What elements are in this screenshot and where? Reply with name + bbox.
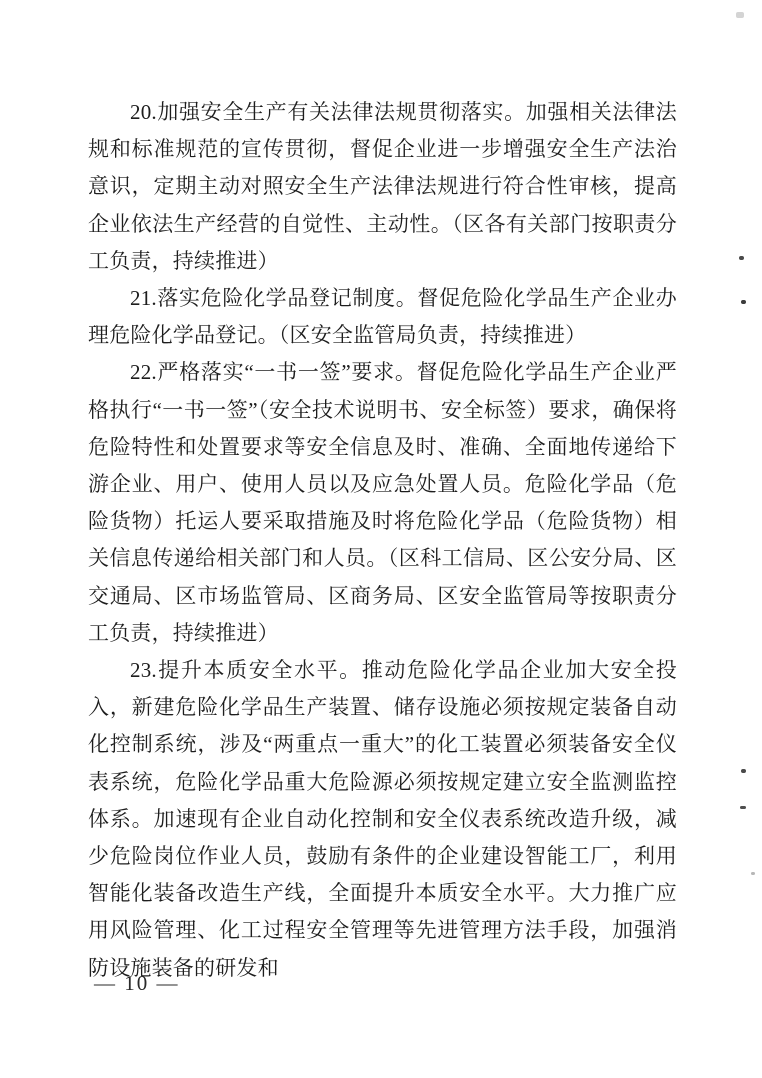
scan-artifact (751, 872, 755, 875)
paragraph-21: 21.落实危险化学品登记制度。督促危险化学品生产企业办理危险化学品登记。（区安全… (88, 280, 677, 354)
paragraph-20: 20.加强安全生产有关法律法规贯彻落实。加强相关法律法规和标准规范的宣传贯彻，督… (88, 94, 677, 280)
scan-artifact (739, 256, 744, 260)
scan-artifact (740, 806, 746, 809)
scan-artifact (741, 300, 746, 304)
document-body: 20.加强安全生产有关法律法规贯彻落实。加强相关法律法规和标准规范的宣传贯彻，督… (88, 94, 677, 987)
scan-artifact (741, 769, 746, 773)
scan-artifact (736, 12, 744, 18)
document-page: 20.加强安全生产有关法律法规贯彻落实。加强相关法律法规和标准规范的宣传贯彻，督… (0, 0, 762, 1078)
page-number: — 10 — (94, 971, 180, 996)
paragraph-22: 22.严格落实“一书一签”要求。督促危险化学品生产企业严格执行“一书一签”（安全… (88, 354, 677, 652)
paragraph-23: 23.提升本质安全水平。推动危险化学品企业加大安全投入，新建危险化学品生产装置、… (88, 652, 677, 987)
